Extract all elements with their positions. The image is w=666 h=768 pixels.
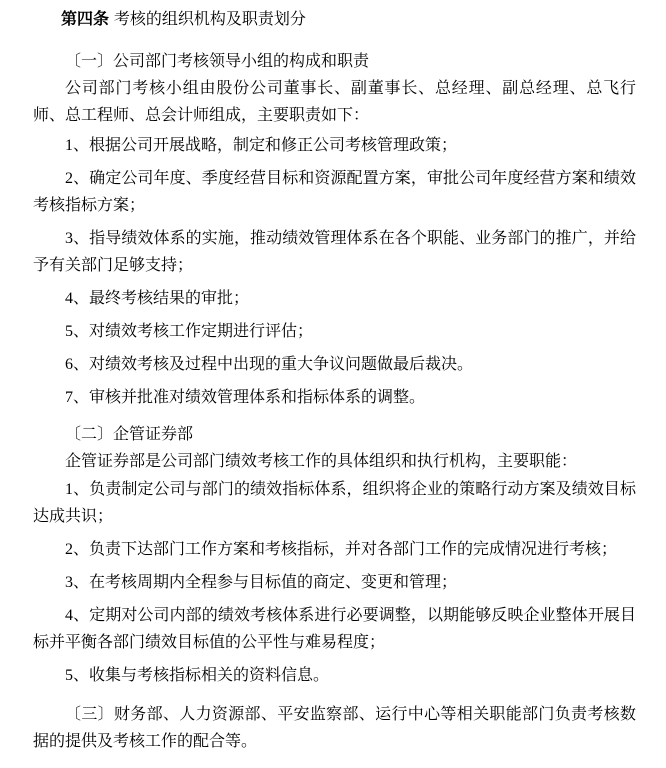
document-page: 第四条考核的组织机构及职责划分 〔一〕公司部门考核领导小组的构成和职责 公司部门… [0, 0, 666, 768]
section-2-intro: 企管证券部是公司部门绩效考核工作的具体组织和执行机构，主要职能： [33, 448, 636, 475]
list-item: 5、对绩效考核工作定期进行评估； [33, 318, 636, 345]
list-item: 2、确定公司年度、季度经营目标和资源配置方案，审批公司年度经营方案和绩效考核指标… [33, 165, 636, 219]
section-1-heading: 〔一〕公司部门考核领导小组的构成和职责 [33, 48, 636, 75]
section-2-heading: 〔二〕企管证券部 [33, 421, 636, 448]
list-item: 7、审核并批准对绩效管理体系和指标体系的调整。 [33, 384, 636, 411]
section-1-intro: 公司部门考核小组由股份公司董事长、副董事长、总经理、副总经理、总飞行师、总工程师… [33, 75, 636, 129]
document-title: 第四条考核的组织机构及职责划分 [33, 6, 636, 33]
clause-number: 第四条 [61, 11, 109, 28]
list-item: 3、在考核周期内全程参与目标值的商定、变更和管理； [33, 569, 636, 596]
list-item: 1、根据公司开展战略，制定和修正公司考核管理政策； [33, 132, 636, 159]
list-item: 1、负责制定公司与部门的绩效指标体系，组织将企业的策略行动方案及绩效目标达成共识… [33, 476, 636, 530]
list-item: 2、负责下达部门工作方案和考核指标，并对各部门工作的完成情况进行考核； [33, 536, 636, 563]
clause-title-text: 考核的组织机构及职责划分 [114, 11, 306, 28]
list-item: 3、指导绩效体系的实施，推动绩效管理体系在各个职能、业务部门的推广，并给予有关部… [33, 225, 636, 279]
list-item: 6、对绩效考核及过程中出现的重大争议问题做最后裁决。 [33, 351, 636, 378]
list-item: 4、最终考核结果的审批； [33, 285, 636, 312]
section-3-paragraph: 〔三〕财务部、人力资源部、平安监察部、运行中心等相关职能部门负责考核数据的提供及… [33, 701, 636, 755]
list-item: 4、定期对公司内部的绩效考核体系进行必要调整，以期能够反映企业整体开展目标并平衡… [33, 602, 636, 656]
list-item: 5、收集与考核指标相关的资料信息。 [33, 662, 636, 689]
